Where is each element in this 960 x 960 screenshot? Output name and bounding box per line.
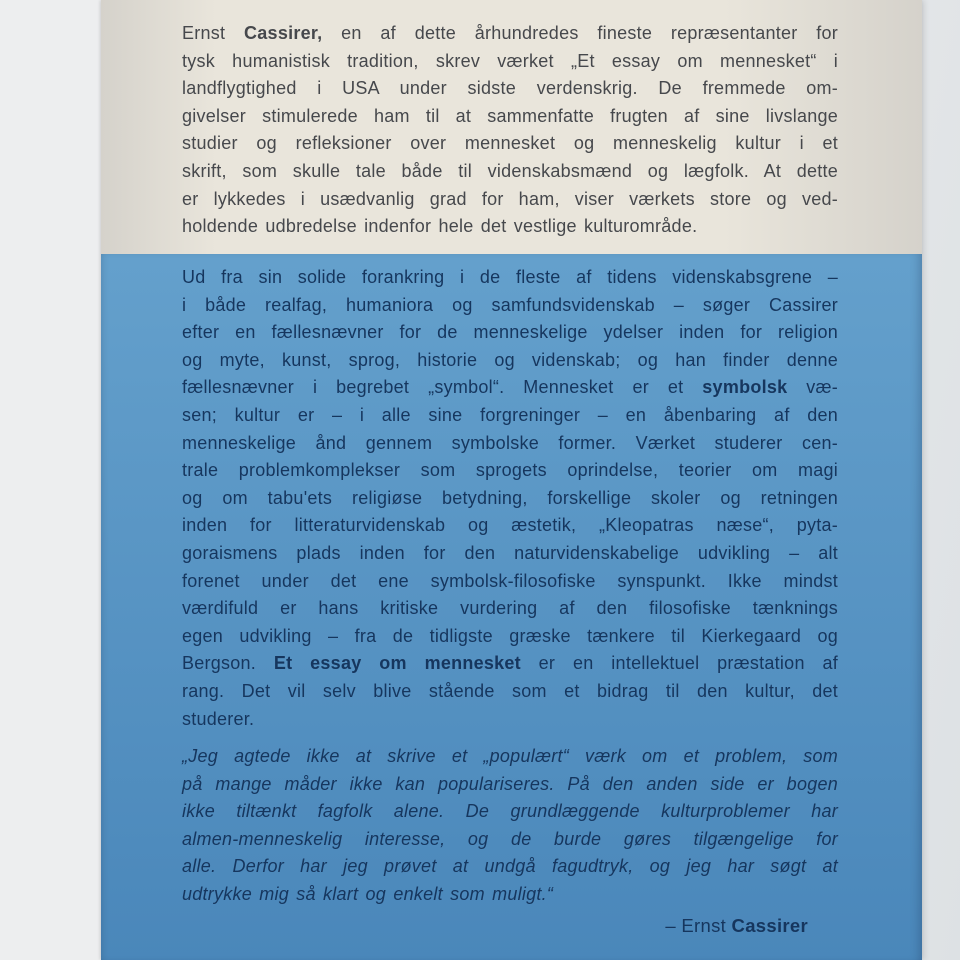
book-back-cover: Ernst Cassirer, en af dette århundredes … (101, 0, 922, 960)
text-line: egen udvikling – fra de tidligste græske… (182, 623, 838, 651)
main-paragraph: Ud fra sin solide forankring i de fleste… (182, 254, 838, 733)
text-line: Ernst Cassirer, en af dette århundredes … (182, 20, 838, 48)
text-line: ikke tiltænkt fagfolk alene. De grundlæg… (182, 798, 838, 826)
text-line: studier og refleksioner over mennesket o… (182, 130, 838, 158)
text-line: landflygtighed i USA under sidste verden… (182, 75, 838, 103)
signature-prefix: – Ernst (665, 915, 731, 936)
text-line: værdifuld er hans kritiske vurdering af … (182, 595, 838, 623)
photo-background: Ernst Cassirer, en af dette århundredes … (0, 0, 960, 960)
text-line: rang. Det vil selv blive stående som et … (182, 678, 838, 706)
author-signature: – Ernst Cassirer (182, 912, 838, 940)
text-line: i både realfag, humaniora og samfundsvid… (182, 292, 838, 320)
signature-author-name: Cassirer (732, 915, 808, 936)
text-line: menneskelige ånd gennem symbolske former… (182, 430, 838, 458)
text-line: skrift, som skulle tale både til vidensk… (182, 158, 838, 186)
blue-text-column: Ud fra sin solide forankring i de fleste… (182, 254, 838, 939)
cream-text-column: Ernst Cassirer, en af dette århundredes … (182, 0, 838, 241)
text-line: holdende udbredelse indenfor hele det ve… (182, 213, 838, 241)
text-line: på mange måder ikke kan populariseres. P… (182, 771, 838, 799)
text-line: og om tabu'ets religiøse betydning, fors… (182, 485, 838, 513)
cream-section: Ernst Cassirer, en af dette århundredes … (101, 0, 922, 254)
blue-section: Ud fra sin solide forankring i de fleste… (101, 254, 922, 960)
text-line: tysk humanistisk tradition, skrev værket… (182, 48, 838, 76)
text-line: trale problemkomplekser som sprogets opr… (182, 457, 838, 485)
text-line: Bergson. Et essay om mennesket er en int… (182, 650, 838, 678)
intro-paragraph: Ernst Cassirer, en af dette århundredes … (182, 0, 838, 241)
text-line: Ud fra sin solide forankring i de fleste… (182, 264, 838, 292)
text-line: goraismens plads inden for den naturvide… (182, 540, 838, 568)
text-line: fællesnævner i begrebet „symbol“. Mennes… (182, 374, 838, 402)
text-line: studerer. (182, 706, 838, 734)
text-line: almen-menneskelig interesse, og de burde… (182, 826, 838, 854)
text-line: inden for litteraturvidenskab og æstetik… (182, 512, 838, 540)
text-line: sen; kultur er – i alle sine forgreninge… (182, 402, 838, 430)
text-line: forenet under det ene symbolsk-filosofis… (182, 568, 838, 596)
text-line: „Jeg agtede ikke at skrive et „populært“… (182, 743, 838, 771)
text-line: og myte, kunst, sprog, historie og viden… (182, 347, 838, 375)
text-line: givelser stimulerede ham til at sammenfa… (182, 103, 838, 131)
text-line: efter en fællesnævner for de menneskelig… (182, 319, 838, 347)
text-line: er lykkedes i usædvanlig grad for ham, v… (182, 186, 838, 214)
author-quote-paragraph: „Jeg agtede ikke at skrive et „populært“… (182, 743, 838, 909)
text-line: alle. Derfor har jeg prøvet at undgå fag… (182, 853, 838, 881)
text-line: udtrykke mig så klart og enkelt som muli… (182, 881, 838, 909)
